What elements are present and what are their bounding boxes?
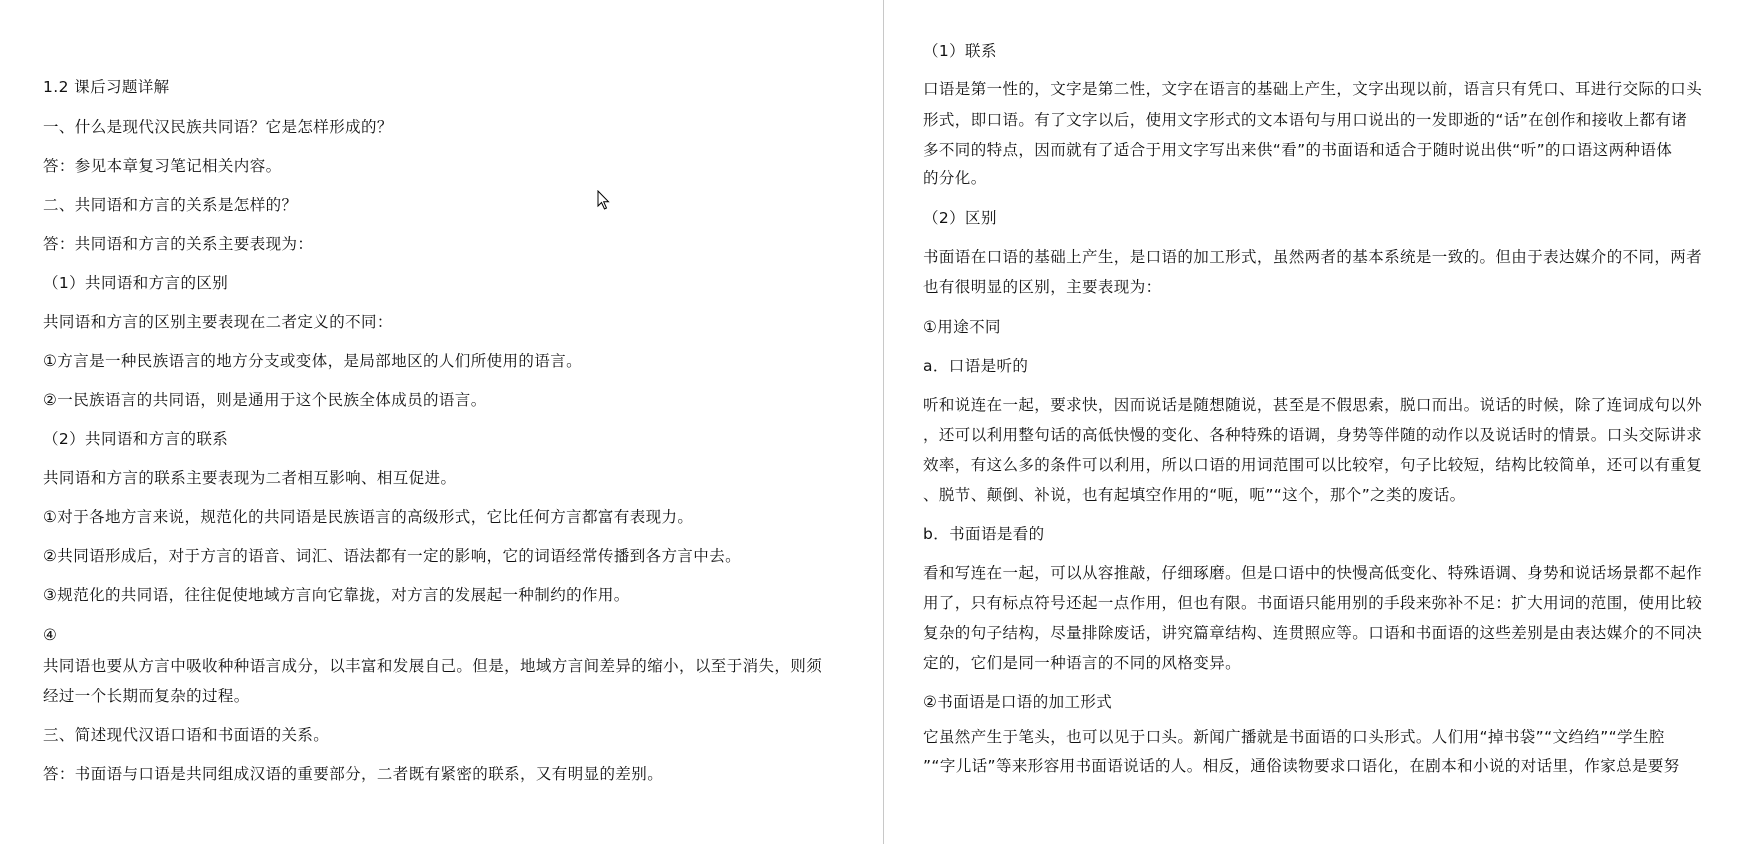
text-line: 定的，它们是同一种语言的不同的风格变异。 — [923, 653, 1241, 673]
text-line: （1）联系 — [923, 41, 997, 61]
text-line: 答：书面语与口语是共同组成汉语的重要部分，二者既有紧密的联系，又有明显的差别。 — [43, 764, 663, 784]
text-line: ③规范化的共同语，往往促使地域方言向它靠拢，对方言的发展起一种制约的作用。 — [43, 585, 630, 605]
text-line: 共同语和方言的联系主要表现为二者相互影响、相互促进。 — [43, 468, 456, 488]
text-line: 答：共同语和方言的关系主要表现为： — [43, 234, 313, 254]
text-line: ②书面语是口语的加工形式 — [923, 692, 1112, 712]
text-line: 1.2 课后习题详解 — [43, 77, 170, 97]
text-line: ①对于各地方言来说，规范化的共同语是民族语言的高级形式，它比任何方言都富有表现力… — [43, 507, 693, 527]
text-line: 它虽然产生于笔头，也可以见于口头。新闻广播就是书面语的口头形式。人们用“掉书袋”… — [923, 727, 1665, 747]
document-page-right: （1）联系口语是第一性的，文字是第二性，文字在语言的基础上产生，文字出现以前，语… — [884, 0, 1760, 844]
text-line: 一、什么是现代汉民族共同语？它是怎样形成的？ — [43, 117, 393, 137]
text-line: ，还可以利用整句话的高低快慢的变化、各种特殊的语调，身势等伴随的动作以及说话时的… — [923, 425, 1702, 445]
text-line: （1）共同语和方言的区别 — [43, 273, 228, 293]
text-line: 三、简述现代汉语口语和书面语的关系。 — [43, 725, 329, 745]
text-line: ”“字儿话”等来形容用书面语说话的人。相反，通俗读物要求口语化，在剧本和小说的对… — [923, 756, 1680, 776]
text-line: 效率，有这么多的条件可以利用，所以口语的用词范围可以比较窄，句子比较短，结构比较… — [923, 455, 1702, 475]
text-line: 多不同的特点，因而就有了适合于用文字写出来供“看”的书面语和适合于随时说出供“听… — [923, 140, 1672, 160]
text-line: ①方言是一种民族语言的地方分支或变体，是局部地区的人们所使用的语言。 — [43, 351, 582, 371]
text-line: ④ — [43, 625, 57, 645]
mouse-cursor-arrow-icon — [597, 190, 611, 212]
text-line: 共同语和方言的区别主要表现在二者定义的不同： — [43, 312, 393, 332]
text-line: ②一民族语言的共同语，则是通用于这个民族全体成员的语言。 — [43, 390, 487, 410]
text-line: 答：参见本章复习笔记相关内容。 — [43, 156, 282, 176]
text-line: 、脱节、颠倒、补说，也有起填空作用的“呃，呃”“这个，那个”之类的废话。 — [923, 485, 1466, 505]
text-line: 用了，只有标点符号还起一点作用，但也有限。书面语只能用别的手段来弥补不足：扩大用… — [923, 593, 1702, 613]
text-line: a．口语是听的 — [923, 356, 1028, 376]
text-line: 口语是第一性的，文字是第二性，文字在语言的基础上产生，文字出现以前，语言只有凭口… — [923, 79, 1702, 99]
text-line: 听和说连在一起，要求快，因而说话是随想随说，甚至是不假思索，脱口而出。说话的时候… — [923, 395, 1702, 415]
text-line: 书面语在口语的基础上产生，是口语的加工形式，虽然两者的基本系统是一致的。但由于表… — [923, 247, 1702, 267]
text-line: 二、共同语和方言的关系是怎样的？ — [43, 195, 297, 215]
text-line: ①用途不同 — [923, 317, 1001, 337]
text-line: 经过一个长期而复杂的过程。 — [43, 686, 250, 706]
text-line: 形式，即口语。有了文字以后，使用文字形式的文本语句与用口说出的一发即逝的“话”在… — [923, 110, 1687, 130]
text-line: 看和写连在一起，可以从容推敲，仔细琢磨。但是口语中的快慢高低变化、特殊语调、身势… — [923, 563, 1702, 583]
document-page-left: 1.2 课后习题详解一、什么是现代汉民族共同语？它是怎样形成的？答：参见本章复习… — [0, 0, 883, 844]
text-line: 也有很明显的区别，主要表现为： — [923, 277, 1162, 297]
text-line: ②共同语形成后，对于方言的语音、词汇、语法都有一定的影响，它的词语经常传播到各方… — [43, 546, 741, 566]
text-line: 共同语也要从方言中吸收种种语言成分，以丰富和发展自己。但是，地域方言间差异的缩小… — [43, 656, 822, 676]
text-line: b．书面语是看的 — [923, 524, 1045, 544]
text-line: 复杂的句子结构，尽量排除废话，讲究篇章结构、连贯照应等。口语和书面语的这些差别是… — [923, 623, 1702, 643]
text-line: 的分化。 — [923, 168, 987, 188]
text-line: （2）共同语和方言的联系 — [43, 429, 228, 449]
text-line: （2）区别 — [923, 208, 997, 228]
